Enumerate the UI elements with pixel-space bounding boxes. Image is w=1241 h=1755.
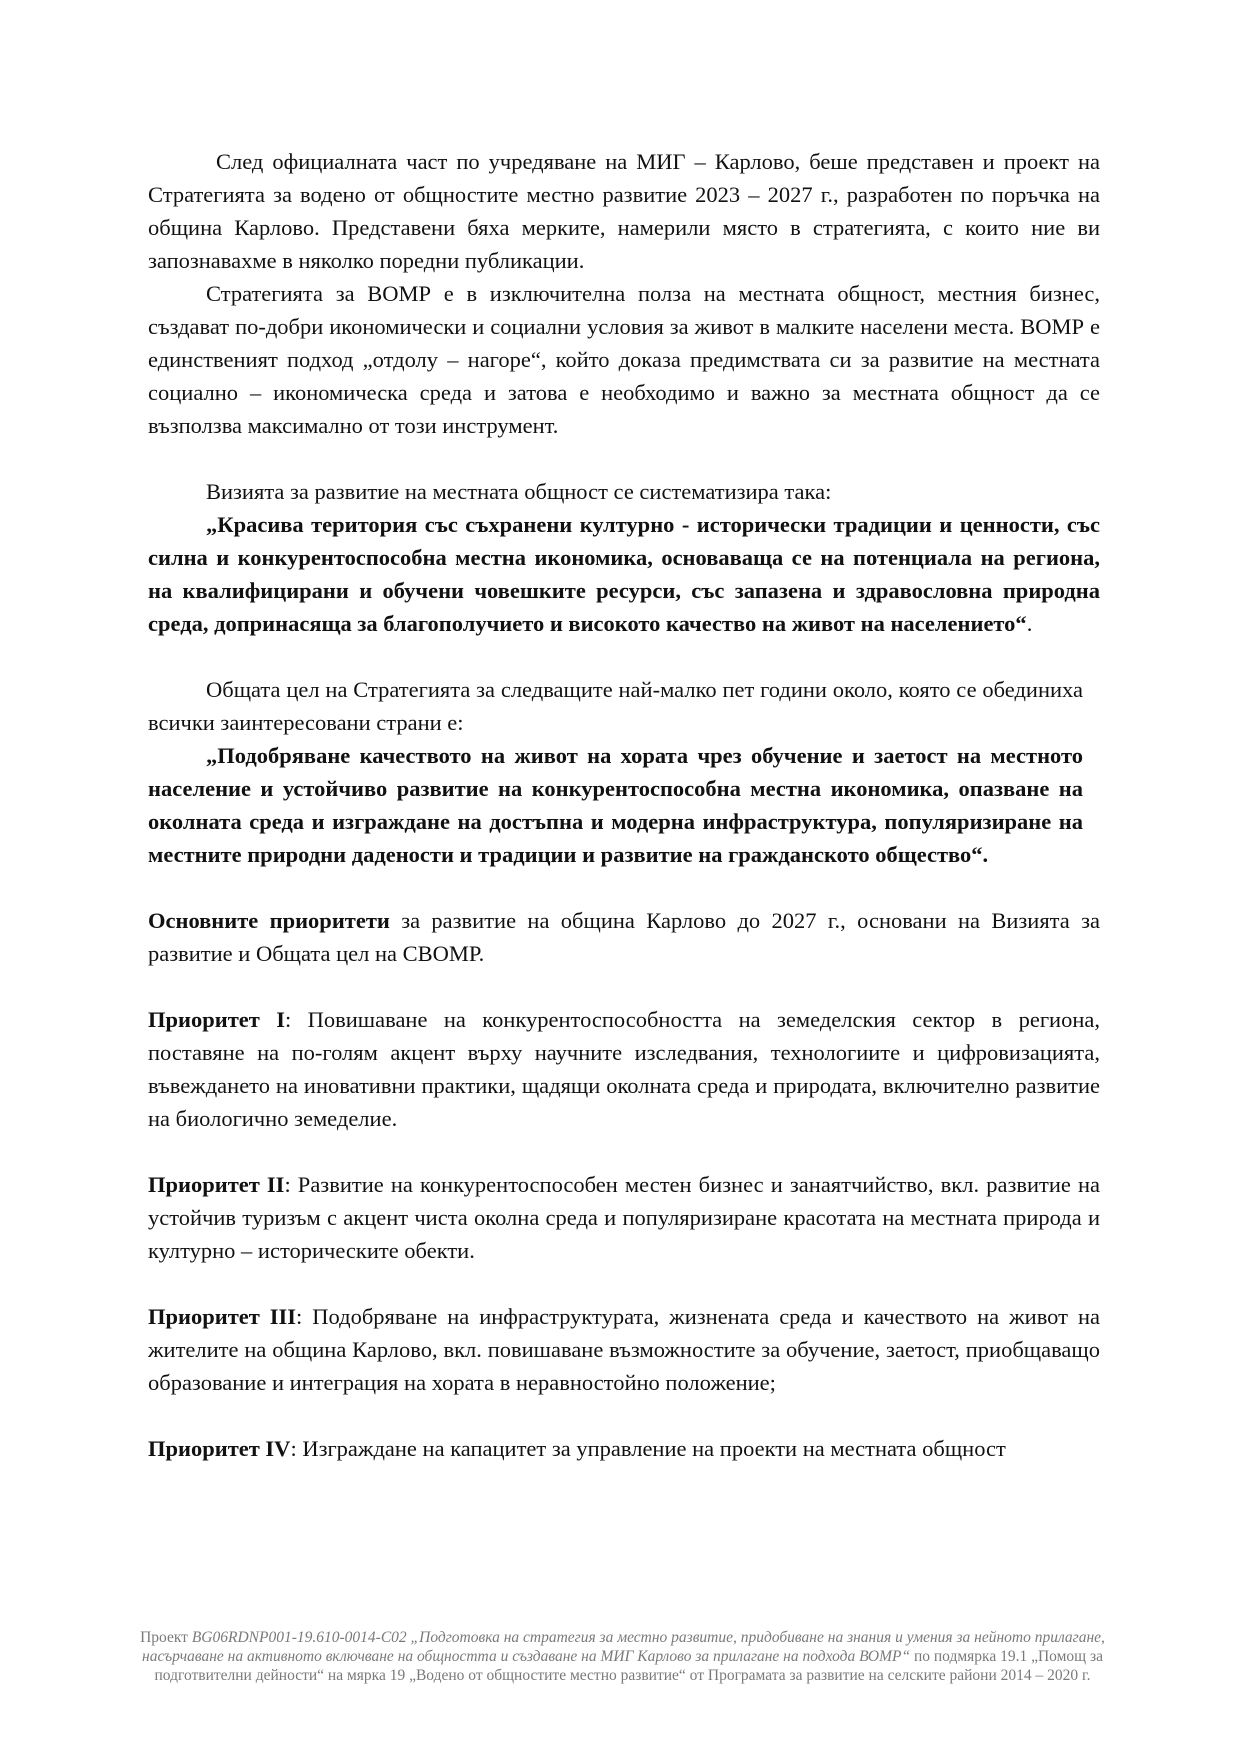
goal-text: „Подобряване качеството на живот на хора… — [148, 743, 1083, 867]
intro-paragraph: След официалната част по учредяване на М… — [148, 145, 1100, 277]
spacer — [148, 871, 1100, 904]
priorities-intro: Основните приоритети за развитие на общи… — [148, 904, 1100, 970]
spacer — [148, 1399, 1100, 1432]
priority-4-text: : Изграждане на капацитет за управление … — [290, 1436, 1005, 1461]
priority-2-text: : Развитие на конкурентоспособен местен … — [148, 1172, 1100, 1263]
priority-3: Приоритет III: Подобряване на инфраструк… — [148, 1300, 1100, 1399]
priority-4: Приоритет IV: Изграждане на капацитет за… — [148, 1432, 1083, 1465]
vision-end: . — [1027, 611, 1033, 636]
priority-2-label: Приоритет II — [148, 1172, 284, 1197]
vision-intro: Визията за развитие на местната общност … — [148, 475, 1100, 508]
goal-intro: Общата цел на Стратегията за следващите … — [148, 673, 1083, 739]
spacer — [148, 1135, 1100, 1168]
spacer — [148, 1267, 1100, 1300]
page-footer: Проект BG06RDNP001-19.610-0014-C02 „Подг… — [140, 1628, 1105, 1685]
vision-text: „Красива територия със съхранени културн… — [148, 512, 1100, 636]
footer-prefix: Проект — [140, 1629, 192, 1646]
document-body: След официалната част по учредяване на М… — [148, 145, 1100, 1465]
goal-statement: „Подобряване качеството на живот на хора… — [148, 739, 1083, 871]
spacer — [148, 640, 1100, 673]
clld-strategy-paragraph: Стратегията за ВОМР е в изключителна пол… — [148, 277, 1100, 442]
priority-2: Приоритет II: Развитие на конкурентоспос… — [148, 1168, 1100, 1267]
priorities-label: Основните приоритети — [148, 908, 390, 933]
priority-4-label: Приоритет IV — [148, 1436, 290, 1461]
document-page: След официалната част по учредяване на М… — [0, 0, 1241, 1755]
spacer — [148, 970, 1100, 1003]
vision-statement: „Красива територия със съхранени културн… — [148, 508, 1100, 640]
spacer — [148, 442, 1100, 475]
priority-1-text: : Повишаване на конкурентоспособността н… — [148, 1007, 1100, 1131]
priority-3-label: Приоритет III — [148, 1304, 296, 1329]
priority-1-label: Приоритет I — [148, 1007, 285, 1032]
priority-1: Приоритет I: Повишаване на конкурентоспо… — [148, 1003, 1100, 1135]
